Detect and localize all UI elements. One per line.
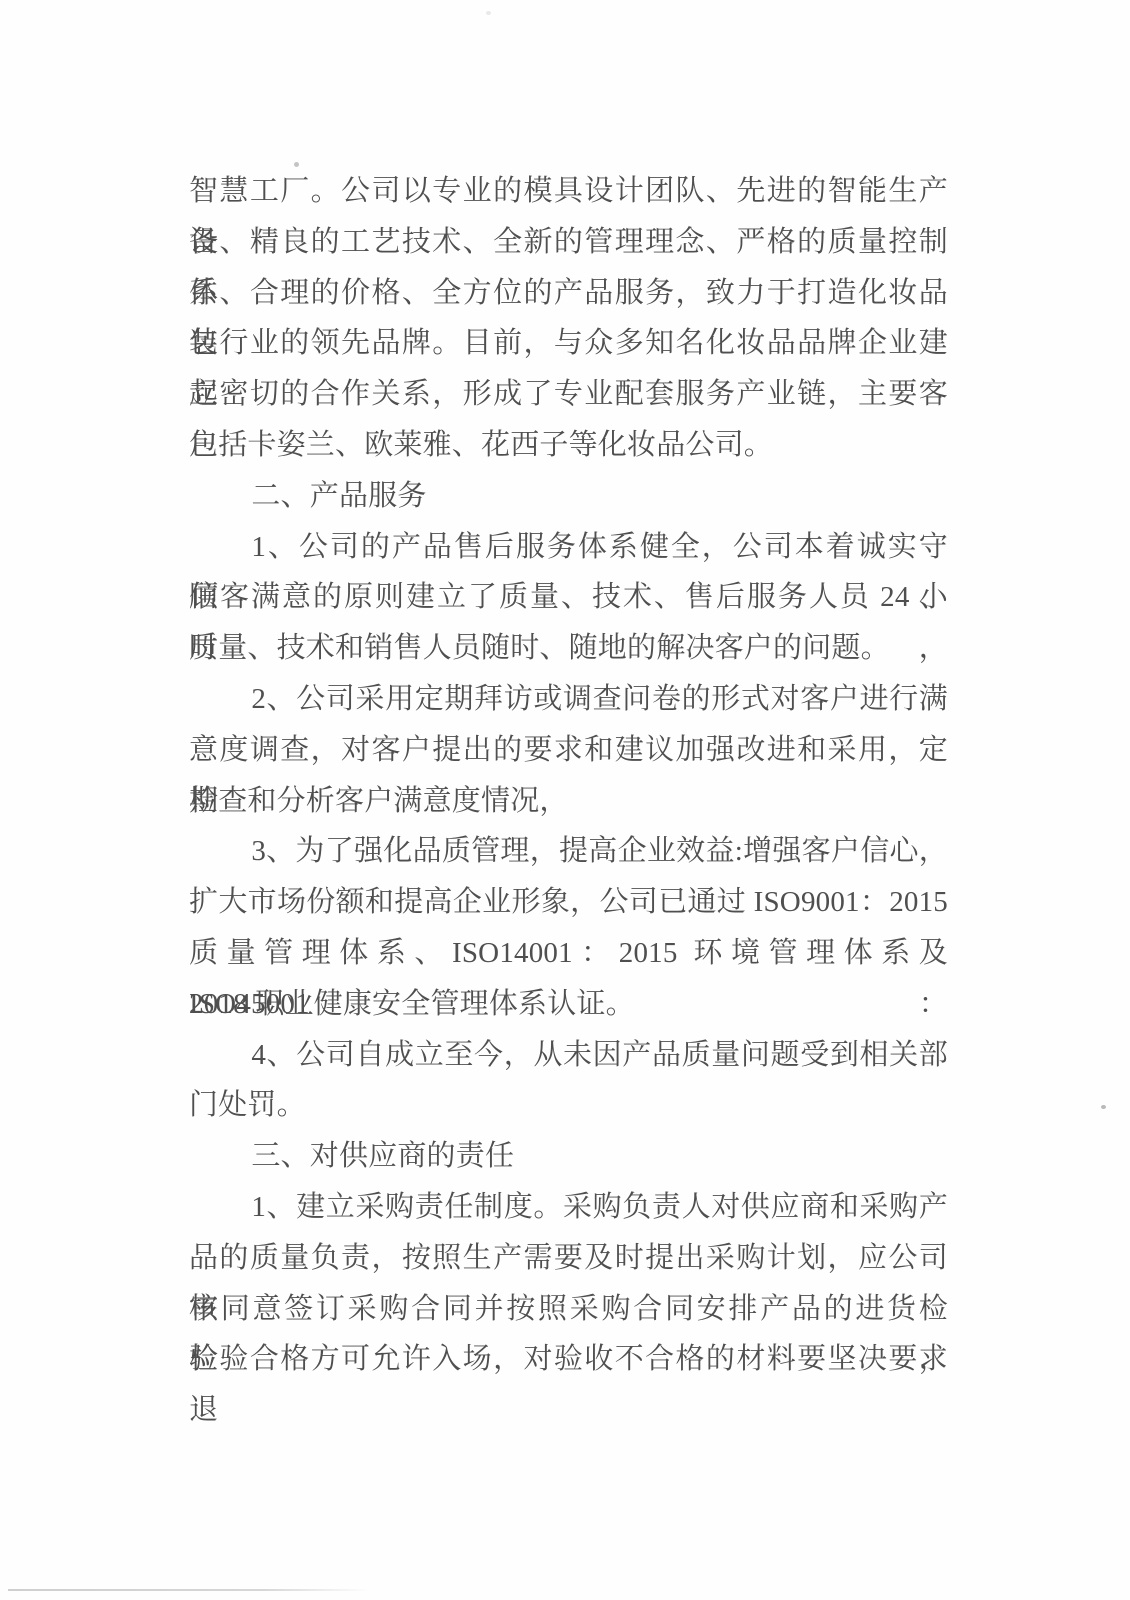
text-line: 起密切的合作关系，形成了专业配套服务产业链，主要客户 (189, 369, 948, 420)
text-line: 顾客满意的原则建立了质量、技术、售后服务人员 24 小时， (189, 572, 948, 623)
text-line: 备、精良的工艺技术、全新的管理理念、严格的质量控制体 (189, 217, 948, 268)
text-line: 1、公司的产品售后服务体系健全，公司本着诚实守信、 (189, 522, 948, 573)
text-line: 检验合格方可允许入场，对验收不合格的材料要坚决要求退 (189, 1334, 948, 1385)
text-line: 意度调查，对客户提出的要求和建议加强改进和采用，定期 (189, 725, 948, 776)
text-line: 品的质量负责，按照生产需要及时提出采购计划，应公司审 (189, 1233, 948, 1284)
document-text-block: 智慧工厂。公司以专业的模具设计团队、先进的智能生产设备、精良的工艺技术、全新的管… (189, 166, 948, 1385)
text-line: 扩大市场份额和提高企业形象，公司已通过 ISO9001：2015 (189, 877, 948, 928)
text-line: 1、建立采购责任制度。采购负责人对供应商和采购产 (189, 1182, 948, 1233)
scan-speck (486, 11, 491, 15)
text-line: 门处罚。 (189, 1080, 948, 1131)
text-line: 包括卡姿兰、欧莱雅、花西子等化妆品公司。 (189, 420, 948, 471)
text-line: 三、对供应商的责任 (189, 1131, 948, 1182)
text-line: 质量管理体系、ISO14001：2015 环境管理体系及 ISO45001： (189, 928, 948, 979)
text-line: 核同意签订采购合同并按照采购合同安排产品的进货检验， (189, 1284, 948, 1335)
text-line: 3、为了强化品质管理，提高企业效益:增强客户信心， (189, 826, 948, 877)
text-line: 4、公司自成立至今，从未因产品质量问题受到相关部 (189, 1030, 948, 1081)
text-line: 二、产品服务 (189, 471, 948, 522)
text-line: 系、合理的价格、全方位的产品服务，致力于打造化妆品包 (189, 268, 948, 319)
scan-speck (1101, 1105, 1106, 1109)
scan-artifact-line (8, 1589, 370, 1591)
text-line: 装行业的领先品牌。目前，与众多知名化妆品品牌企业建立 (189, 318, 948, 369)
text-line: 检查和分析客户满意度情况， (189, 776, 948, 827)
text-line: 2、公司采用定期拜访或调查问卷的形式对客户进行满 (189, 674, 948, 725)
text-line: 质量、技术和销售人员随时、随地的解决客户的问题。 (189, 623, 948, 674)
text-line: 智慧工厂。公司以专业的模具设计团队、先进的智能生产设 (189, 166, 948, 217)
document-page: 智慧工厂。公司以专业的模具设计团队、先进的智能生产设备、精良的工艺技术、全新的管… (0, 0, 1130, 1600)
